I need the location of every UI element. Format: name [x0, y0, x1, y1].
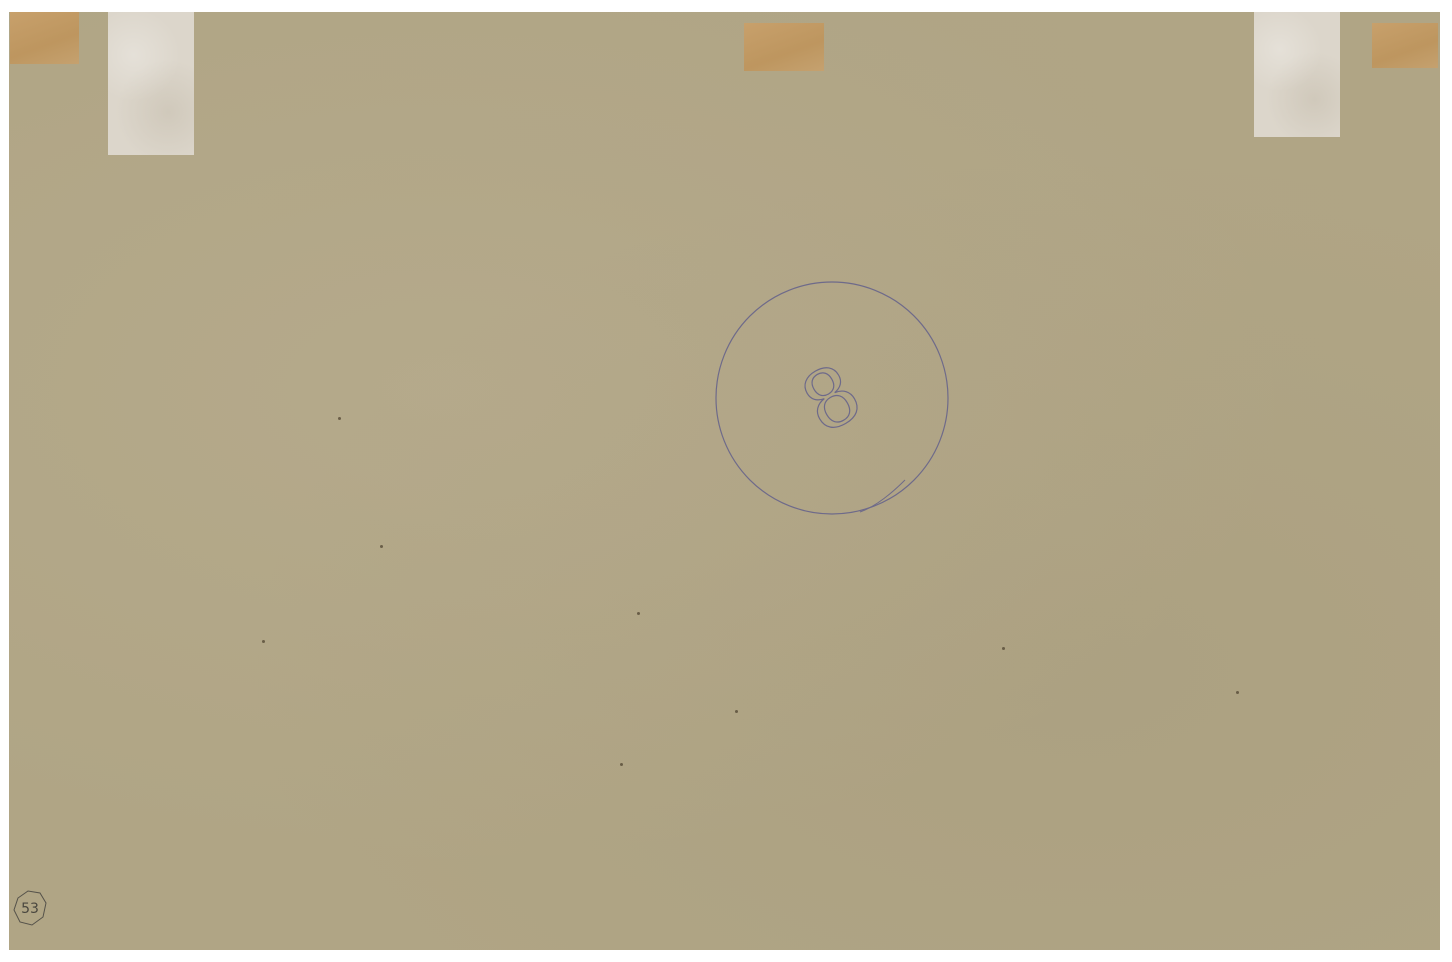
- circled-number-mark: 8: [716, 282, 948, 514]
- corner-number-mark: 53: [14, 891, 46, 925]
- pencil-marks: 8 53: [0, 0, 1452, 962]
- circled-number-text: 8: [786, 346, 877, 452]
- corner-number-text: 53: [21, 901, 39, 917]
